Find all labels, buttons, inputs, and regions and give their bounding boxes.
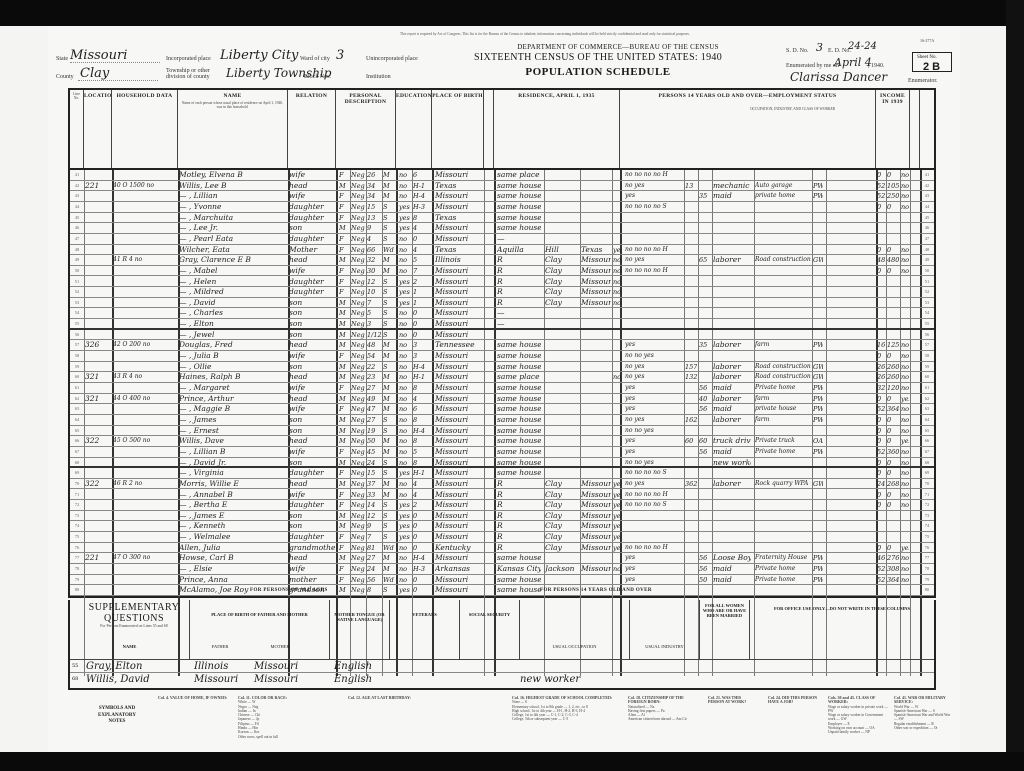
residence-city: R <box>497 490 541 500</box>
relation: mother <box>289 575 335 585</box>
race: Neg <box>351 394 365 404</box>
relation: wife <box>289 404 335 414</box>
grade: 0 <box>413 543 429 553</box>
residence-city: same house <box>497 362 541 372</box>
residence-state: Missouri <box>581 511 611 521</box>
residence-county: Clay <box>545 479 579 489</box>
occupation: maid <box>713 564 751 574</box>
wages: 0 <box>887 394 899 404</box>
marital-status: S <box>383 458 395 468</box>
residence-city: R <box>497 521 541 531</box>
weeks-worked: 26 <box>877 362 885 372</box>
wages: 1050 <box>887 181 899 191</box>
relation: head <box>289 553 335 563</box>
residence-county: Clay <box>545 532 579 542</box>
birthplace: Missouri <box>435 362 481 372</box>
person-name: — , Bertha E <box>179 500 287 510</box>
industry: private house <box>755 404 811 414</box>
sex: M <box>339 511 349 521</box>
weeks-unemployed: 60 <box>699 436 709 446</box>
weeks-worked: 0 <box>877 415 885 425</box>
residence-city: same place <box>497 170 541 180</box>
weeks-unemployed: 35 <box>699 340 709 350</box>
line-number: 50 <box>71 266 83 276</box>
race: Neg <box>351 415 365 425</box>
weeks-worked: 0 <box>877 266 885 276</box>
age: 9 <box>367 521 381 531</box>
person-name: — , Ollie <box>179 362 287 372</box>
wages: 0 <box>887 436 899 446</box>
table-row: 73— , James EsonMNeg12Syes0MissouriRClay… <box>70 511 934 522</box>
occupation: maid <box>713 575 751 585</box>
birthplace: Missouri <box>435 585 481 595</box>
birthplace: Missouri <box>435 447 481 457</box>
weeks-unemployed: 56 <box>699 383 709 393</box>
line-number: 47 <box>71 234 83 244</box>
line-number: 51 <box>71 277 83 287</box>
marital-status: S <box>383 234 395 244</box>
residence-farm: yes <box>613 479 621 489</box>
household-data: 43 R 4 no <box>113 372 177 382</box>
marital-status: S <box>383 511 395 521</box>
weeks-worked: 52 <box>877 564 885 574</box>
residence-city: same house <box>497 426 541 436</box>
line-number: 65 <box>71 426 83 436</box>
table-row: 55— , EltonsonMNeg3Sno0Missouri—55 <box>70 319 934 330</box>
grade: 5 <box>413 447 429 457</box>
birthplace: Texas <box>435 213 481 223</box>
line-number: 80 <box>71 585 83 595</box>
marital-status: S <box>383 330 395 340</box>
residence-city: same house <box>497 436 541 446</box>
line-number-right: 47 <box>921 234 933 244</box>
industry: Rock quarry WPA <box>755 479 811 489</box>
school: yes <box>399 468 411 478</box>
employment-status: yes <box>625 383 683 393</box>
residence-state: Missouri <box>581 255 611 265</box>
hours: 60 <box>685 436 697 446</box>
line-number-right: 74 <box>921 521 933 531</box>
supp-title: SUPPLEMENTARY QUESTIONS <box>80 602 188 624</box>
birthplace: Missouri <box>435 500 481 510</box>
person-name: Morris, Willie E <box>179 479 287 489</box>
hours: 13 <box>685 181 697 191</box>
school: no <box>399 330 411 340</box>
table-row: 50— , MabelwifeFNeg30Mno7MissouriRClayMi… <box>70 266 934 277</box>
wages: 0 <box>887 415 899 425</box>
unincorporated-label: Unincorporated place <box>366 56 418 62</box>
age: 27 <box>367 553 381 563</box>
supp-usual-ind-col: USUAL INDUSTRY <box>630 600 700 660</box>
supp-tongue: English <box>334 660 372 673</box>
explanatory-notes: SYMBOLS AND EXPLANATORY NOTES Col. 4. VA… <box>68 694 936 752</box>
sex: M <box>339 553 349 563</box>
supp-usual-occ-col: USUAL OCCUPATION <box>520 600 630 660</box>
supp-women-col: FOR ALL WOMEN WHO ARE OR HAVE BEEN MARRI… <box>700 600 750 660</box>
table-row: 46— , Lee Jr.sonMNeg9Syes4Missourisame h… <box>70 223 934 234</box>
weeks-worked: 52 <box>877 447 885 457</box>
state-underline <box>70 62 160 63</box>
industry: Private home <box>755 564 811 574</box>
col-name: NAMEName of each person whose usual plac… <box>178 90 288 168</box>
person-name: — , Ernest <box>179 426 287 436</box>
birthplace: Missouri <box>435 191 481 201</box>
table-row: 4941 R 4 noGray, Clarence E BheadMNeg32M… <box>70 255 934 266</box>
supp-veterans-label: VETERANS <box>390 600 459 617</box>
school: yes <box>399 287 411 297</box>
residence-county: Hill <box>545 245 579 255</box>
line-number: 75 <box>71 532 83 542</box>
line-number: 76 <box>71 543 83 553</box>
sex: F <box>339 245 349 255</box>
line-number-right: 48 <box>921 245 933 255</box>
birthplace: Texas <box>435 181 481 191</box>
birthplace: Missouri <box>435 532 481 542</box>
school: yes <box>399 202 411 212</box>
race: Neg <box>351 287 365 297</box>
age: 24 <box>367 458 381 468</box>
employment-status: no yes <box>625 255 683 265</box>
wages: 260 <box>887 372 899 382</box>
wages: 360 <box>887 447 899 457</box>
industry: farm <box>755 340 811 350</box>
household-data: 40 O 1500 no <box>113 181 177 191</box>
employment-status: no no no no H <box>625 543 683 553</box>
class-of-worker: PW <box>813 415 823 425</box>
race: Neg <box>351 490 365 500</box>
residence-city: R <box>497 511 541 521</box>
weeks-unemployed: 40 <box>699 394 709 404</box>
wages: 268 <box>887 479 899 489</box>
residence-state: Missouri <box>581 298 611 308</box>
grade: 5 <box>413 255 429 265</box>
person-name: Willis, Dave <box>179 436 287 446</box>
wages: 276 <box>887 553 899 563</box>
residence-city: same house <box>497 404 541 414</box>
line-number: 66 <box>71 436 83 446</box>
age: 33 <box>367 490 381 500</box>
weeks-worked: 52 <box>877 191 885 201</box>
other-income: no <box>901 245 909 255</box>
relation: wife <box>289 447 335 457</box>
supp-ss-label: SOCIAL SECURITY <box>460 600 519 617</box>
employment-status: no no yes <box>625 426 683 436</box>
person-name: — , Charles <box>179 308 287 318</box>
grade: H-1 <box>413 181 429 191</box>
institution-label: Institution <box>366 74 391 80</box>
wages: 0 <box>887 245 899 255</box>
wages: 0 <box>887 490 899 500</box>
relation: wife <box>289 490 335 500</box>
race: Neg <box>351 532 365 542</box>
line-number: 61 <box>71 383 83 393</box>
other-income: no <box>901 362 909 372</box>
birthplace: Missouri <box>435 234 481 244</box>
person-name: — , Mildred <box>179 287 287 297</box>
person-name: — , Pearl Eata <box>179 234 287 244</box>
age: 56 <box>367 575 381 585</box>
birthplace: Tennessee <box>435 340 481 350</box>
relation: wife <box>289 266 335 276</box>
line-number-right: 73 <box>921 511 933 521</box>
race: Neg <box>351 181 365 191</box>
line-number-right: 55 <box>921 319 933 329</box>
weeks-worked: 16 <box>877 340 885 350</box>
residence-farm: yes <box>613 490 621 500</box>
residence-city: same house <box>497 394 541 404</box>
line-number-right: 60 <box>921 372 933 382</box>
residence-city: same house <box>497 213 541 223</box>
race: Neg <box>351 447 365 457</box>
wages: 0 <box>887 500 899 510</box>
other-income: no <box>901 404 909 414</box>
weeks-worked: 0 <box>877 170 885 180</box>
industry: Private home <box>755 575 811 585</box>
supp-mother: Missouri <box>254 673 298 686</box>
marital-status: S <box>383 415 395 425</box>
sex: M <box>339 255 349 265</box>
supp-name: Gray, Elton <box>86 660 142 673</box>
sex: F <box>339 351 349 361</box>
birthplace: Missouri <box>435 490 481 500</box>
supp-line-no: 55 <box>72 660 78 673</box>
table-row: 5732642 O 200 noDouglas, FredheadMNeg48M… <box>70 340 934 351</box>
other-income: no <box>901 340 909 350</box>
birthplace: Missouri <box>435 277 481 287</box>
residence-farm: no <box>613 372 621 382</box>
grade: 8 <box>413 458 429 468</box>
line-number-right: 75 <box>921 532 933 542</box>
line-number-right: 42 <box>921 181 933 191</box>
residence-city: same house <box>497 447 541 457</box>
supp-social-security-col: SOCIAL SECURITY <box>460 600 520 660</box>
grade: 6 <box>413 170 429 180</box>
enumerated-label: Enumerated by me on <box>786 63 839 69</box>
race: Neg <box>351 245 365 255</box>
residence-city: same house <box>497 383 541 393</box>
employment-status: no no no no S <box>625 500 683 510</box>
class-of-worker: GW <box>813 255 823 265</box>
person-name: — , Marchuita <box>179 213 287 223</box>
line-number-right: 57 <box>921 340 933 350</box>
age: 37 <box>367 479 381 489</box>
birthplace: Missouri <box>435 511 481 521</box>
industry: Road construction WPA <box>755 372 811 382</box>
sex: F <box>339 490 349 500</box>
col-residence-1935: RESIDENCE, APRIL 1, 1935 <box>494 90 620 168</box>
occupation: mechanic <box>713 181 751 191</box>
employment-status: no yes <box>625 362 683 372</box>
relation: daughter <box>289 202 335 212</box>
supplementary-questions: SUPPLEMENTARY QUESTIONS For Persons Enum… <box>68 600 936 690</box>
block-label: Block Nos. <box>304 74 331 80</box>
other-income: no <box>901 564 909 574</box>
line-number: 77 <box>71 553 83 563</box>
school: yes <box>399 213 411 223</box>
relation: son <box>289 308 335 318</box>
person-name: Howse, Carl B <box>179 553 287 563</box>
line-number: 67 <box>71 447 83 457</box>
employment-status: yes <box>625 404 683 414</box>
line-number: 43 <box>71 191 83 201</box>
class-of-worker: PW <box>813 404 823 414</box>
incorporated-place-value: Liberty City <box>220 48 298 63</box>
relation: head <box>289 255 335 265</box>
birthplace: Missouri <box>435 170 481 180</box>
residence-county: Clay <box>545 287 579 297</box>
person-name: — , James E <box>179 511 287 521</box>
col-household: HOUSEHOLD DATA <box>112 90 178 168</box>
department-title: DEPARTMENT OF COMMERCE—BUREAU OF THE CEN… <box>468 43 768 51</box>
class-of-worker: PW <box>813 340 823 350</box>
other-income: no <box>901 468 909 478</box>
table-row: 53— , DavidsonMNeg7Syes1MissouriRClayMis… <box>70 298 934 309</box>
location: 221 <box>85 553 111 563</box>
line-number-right: 69 <box>921 468 933 478</box>
relation: wife <box>289 383 335 393</box>
line-number: 57 <box>71 340 83 350</box>
race: Neg <box>351 585 365 595</box>
other-income: no <box>901 170 909 180</box>
marital-status: S <box>383 287 395 297</box>
residence-county: Clay <box>545 277 579 287</box>
birthplace: Illinois <box>435 255 481 265</box>
person-name: Allen, Julia <box>179 543 287 553</box>
age: 23 <box>367 372 381 382</box>
column-headers: Line No. LOCATION HOUSEHOLD DATA NAMENam… <box>70 90 934 170</box>
relation: wife <box>289 564 335 574</box>
note-col12: Col. 12. AGE AT LAST BIRTHDAY: <box>348 696 498 700</box>
marital-status: M <box>383 372 395 382</box>
marital-status: M <box>383 340 395 350</box>
school: no <box>399 543 411 553</box>
marital-status: M <box>383 191 395 201</box>
residence-state: Missouri <box>581 500 611 510</box>
residence-county: Clay <box>545 543 579 553</box>
table-row: 80McAlamo, Joe RoygrandsonMNeg8Syes0Miss… <box>70 585 934 596</box>
birthplace: Missouri <box>435 479 481 489</box>
relation: head <box>289 340 335 350</box>
supplementary-header: SUPPLEMENTARY QUESTIONS For Persons Enum… <box>70 600 934 660</box>
table-row: 45— , MarchuitadaughterFNeg13Syes8Texass… <box>70 213 934 224</box>
school: no <box>399 308 411 318</box>
relation: daughter <box>289 532 335 542</box>
grade: 8 <box>413 436 429 446</box>
class-of-worker: PW <box>813 383 823 393</box>
residence-county: Clay <box>545 490 579 500</box>
race: Neg <box>351 234 365 244</box>
occupation: laborer <box>713 255 751 265</box>
residence-city: R <box>497 255 541 265</box>
line-number-right: 51 <box>921 277 933 287</box>
school: no <box>399 394 411 404</box>
school: no <box>399 319 411 329</box>
incorporated-place-label: Incorporated place <box>166 56 211 62</box>
birthplace: Missouri <box>435 266 481 276</box>
grade: 0 <box>413 585 429 595</box>
residence-city: R <box>497 543 541 553</box>
employment-status: no yes <box>625 415 683 425</box>
race: Neg <box>351 553 365 563</box>
industry: Private truck <box>755 436 811 446</box>
person-name: — , Welmalee <box>179 532 287 542</box>
marital-status: S <box>383 213 395 223</box>
table-row: 6232144 O 400 noPrince, ArthurheadMNeg49… <box>70 394 934 405</box>
other-income: no <box>901 458 909 468</box>
table-row: 51— , HelendaughterFNeg12Syes2MissouriRC… <box>70 277 934 288</box>
relation: head <box>289 181 335 191</box>
weeks-worked: 0 <box>877 202 885 212</box>
line-number: 68 <box>71 458 83 468</box>
sex: M <box>339 394 349 404</box>
sex: M <box>339 436 349 446</box>
table-row: 59— , OlliesonMNeg22SnoH-4Missourisame h… <box>70 362 934 373</box>
line-number-right: 43 <box>921 191 933 201</box>
weeks-worked: 26 <box>877 372 885 382</box>
supp-veterans-col: VETERANS <box>390 600 460 660</box>
ward-value: 3 <box>336 48 344 63</box>
class-of-worker: PW <box>813 181 823 191</box>
weeks-worked: 0 <box>877 490 885 500</box>
census-title: SIXTEENTH CENSUS OF THE UNITED STATES: 1… <box>438 52 758 63</box>
residence-county: Clay <box>545 255 579 265</box>
table-row: 4222140 O 1500 noWillis, Lee BheadMNeg34… <box>70 181 934 192</box>
wages: 0 <box>887 351 899 361</box>
sex: M <box>339 362 349 372</box>
residence-city: same house <box>497 575 541 585</box>
person-name: Gray, Clarence E B <box>179 255 287 265</box>
note-col30: Cols. 30 and 45. CLASS OF WORKER:Wage or… <box>828 696 888 735</box>
line-number: 59 <box>71 362 83 372</box>
relation: head <box>289 436 335 446</box>
race: Neg <box>351 298 365 308</box>
weeks-unemployed: 56 <box>699 447 709 457</box>
other-income: no <box>901 447 909 457</box>
race: Neg <box>351 372 365 382</box>
grade: 4 <box>413 479 429 489</box>
line-number-right: 63 <box>921 404 933 414</box>
line-number: 72 <box>71 500 83 510</box>
race: Neg <box>351 511 365 521</box>
person-name: Prince, Anna <box>179 575 287 585</box>
household-data: 47 O 300 no <box>113 553 177 563</box>
note-col16: Col. 16. HIGHEST GRADE OF SCHOOL COMPLET… <box>512 696 622 722</box>
person-name: — , David Jr. <box>179 458 287 468</box>
supp-father: Missouri <box>194 673 238 686</box>
employment-status: no no yes <box>625 351 683 361</box>
employment-status: no no no no H <box>625 490 683 500</box>
person-name: — , Lillian <box>179 191 287 201</box>
enumerator-name: Clarissa Dancer <box>790 70 887 84</box>
weeks-unemployed: 56 <box>699 404 709 414</box>
wages: 250 <box>887 191 899 201</box>
employment-status: no no no no H <box>625 266 683 276</box>
person-name: — , James <box>179 415 287 425</box>
person-name: — , Helen <box>179 277 287 287</box>
supp-name-col: SUPPLEMENTARY QUESTIONS For Persons Enum… <box>70 600 190 660</box>
grade: 3 <box>413 351 429 361</box>
relation: daughter <box>289 500 335 510</box>
school: no <box>399 447 411 457</box>
occupation: Loose Boy <box>713 553 751 563</box>
birthplace: Missouri <box>435 415 481 425</box>
scan-border-bottom <box>0 752 1024 771</box>
sheet-number: 2 B <box>923 61 940 73</box>
sex: M <box>339 479 349 489</box>
employment-status: no no no no H <box>625 245 683 255</box>
race: Neg <box>351 340 365 350</box>
grade: 4 <box>413 394 429 404</box>
